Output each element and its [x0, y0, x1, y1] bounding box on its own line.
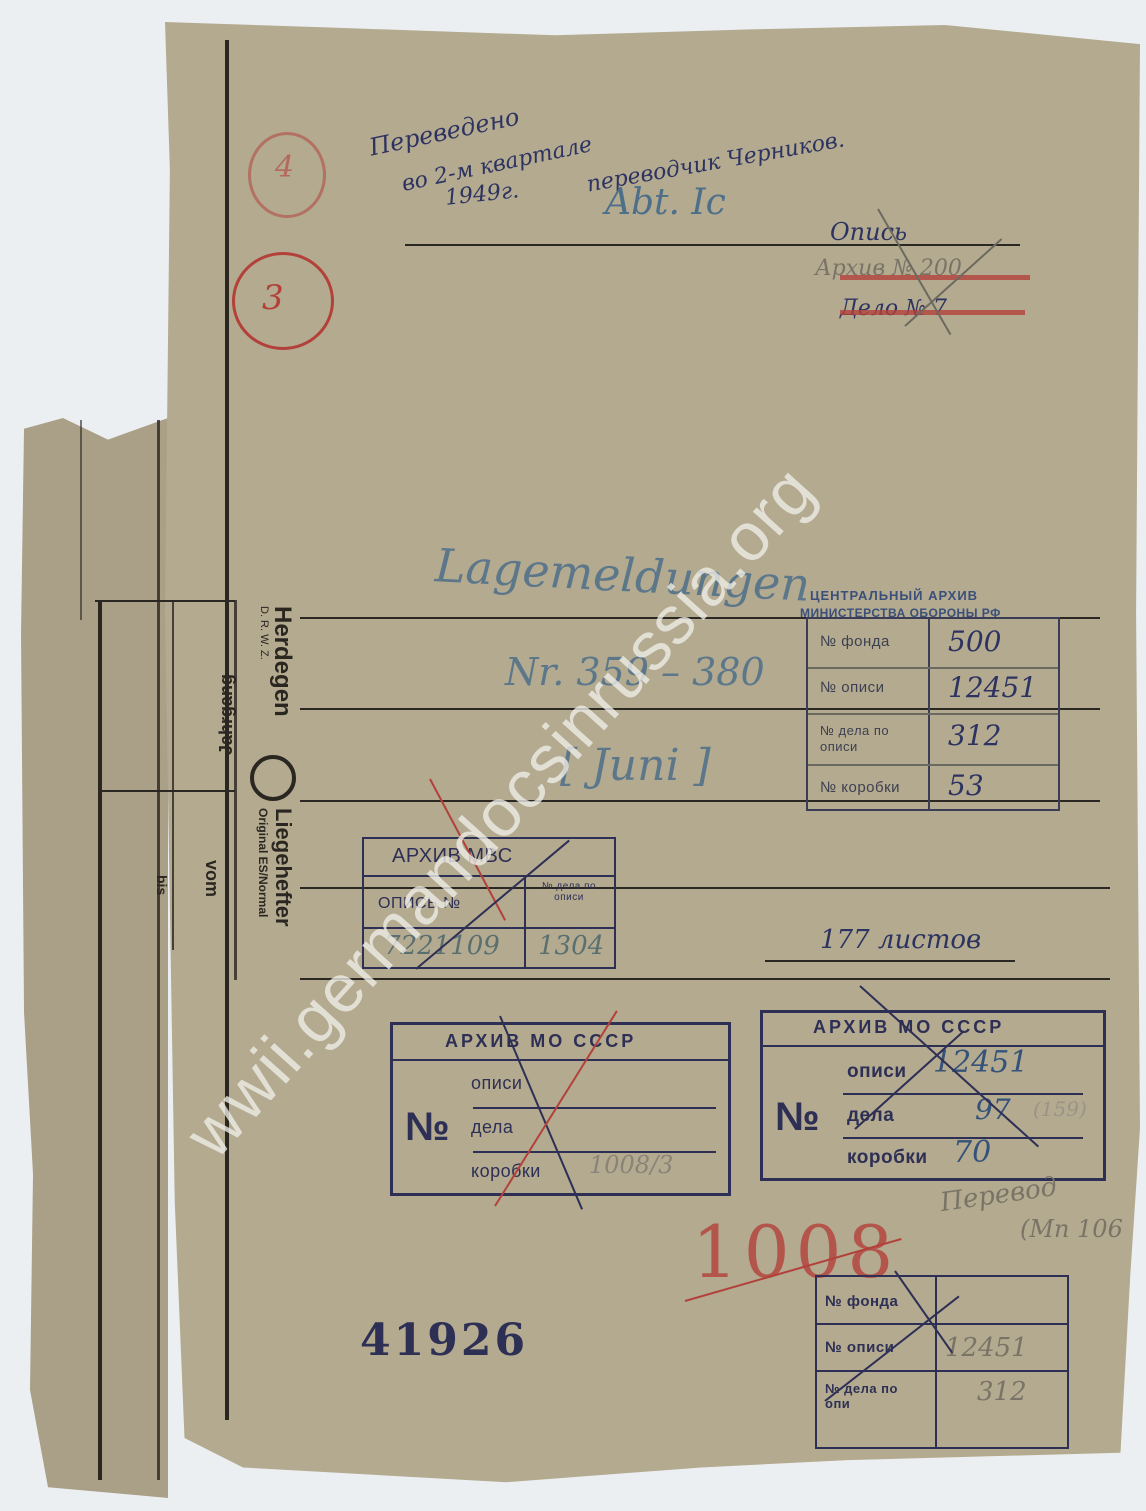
- delo-value: 312: [948, 719, 1001, 752]
- mo-left-delo-label: дела: [471, 1117, 513, 1138]
- central-archive-stamp: № фонда 500 № описи 12451 № дела по опис…: [806, 617, 1060, 811]
- red-strike-line: [840, 275, 1030, 280]
- spine-product-sub: Original ES/Normal: [256, 808, 270, 917]
- mo-left-opis-label: описи: [471, 1073, 522, 1094]
- mo-right-delo-value: 97: [975, 1093, 1011, 1126]
- spine-brand-sub: D. R. W. Z.: [258, 606, 270, 660]
- mo-left-title: АРХИВ МО СССР: [445, 1031, 636, 1052]
- flap-rule: [80, 420, 82, 620]
- bottom-opis-value: 12451: [945, 1333, 1028, 1363]
- spine-divider: [100, 790, 235, 792]
- ruled-line: [405, 244, 1020, 246]
- mo-left-box-label: коробки: [471, 1161, 541, 1182]
- spine-divider: [95, 600, 235, 602]
- box-label: № коробки: [820, 779, 900, 796]
- spine-field-bis: bis: [154, 875, 170, 895]
- mo-left-no: №: [405, 1105, 450, 1150]
- mo-right-pencil: (159): [1033, 1097, 1087, 1121]
- archive-mo-right-stamp: АРХИВ МО СССР № описи 12451 дела 97 коро…: [760, 1010, 1106, 1181]
- red-strike-line: [840, 310, 1025, 315]
- ruled-line: [765, 960, 1015, 962]
- spine-rule: [172, 600, 174, 950]
- spine-field-jahrgang: Jahrgang: [216, 674, 237, 755]
- mo-right-box-value: 70: [953, 1135, 991, 1170]
- circled-number-top: 4: [275, 150, 294, 185]
- bottom-delo-value: 312: [977, 1377, 1027, 1407]
- serial-number: 41926: [360, 1315, 528, 1366]
- flap-rule: [157, 420, 160, 1480]
- circled-number: 3: [262, 278, 284, 318]
- note-abt: Abt. Ic: [605, 182, 726, 223]
- bottom-fond-label: № фонда: [825, 1293, 898, 1310]
- mo-right-opis-label: описи: [847, 1061, 907, 1083]
- archive-mo-left-stamp: АРХИВ МО СССР № описи дела коробки 1008/…: [390, 1022, 731, 1196]
- mo-right-box-label: коробки: [847, 1147, 928, 1169]
- torn-side-flap: [18, 418, 168, 1498]
- opis-value: 12451: [948, 671, 1037, 704]
- spine-product: Liegehefter: [270, 808, 296, 927]
- delo-label: № дела по описи: [820, 723, 920, 755]
- spine-field-vom: vom: [201, 860, 222, 897]
- grey-note-line2: (Мп 106: [1020, 1215, 1123, 1243]
- bottom-delo-label: № дела по опи: [825, 1381, 925, 1411]
- mvs-delo-label: № дела по описи: [532, 881, 606, 903]
- spine-brand: Herdegen: [268, 606, 296, 717]
- ruled-line: [300, 978, 1110, 980]
- herdegen-logo-icon: [250, 755, 296, 801]
- fond-value: 500: [948, 625, 1001, 658]
- sheet-count: 177 листов: [820, 925, 981, 955]
- opis-label: № описи: [820, 679, 884, 696]
- central-archive-title1: ЦЕНТРАЛЬНЫЙ АРХИВ: [810, 588, 978, 603]
- bottom-fond-stamp: № фонда № описи 12451 № дела по опи 312: [815, 1275, 1069, 1449]
- flap-rule: [98, 600, 102, 1480]
- mo-left-pencil: 1008/3: [589, 1151, 673, 1179]
- box-value: 53: [948, 769, 984, 802]
- fond-label: № фонда: [820, 633, 890, 650]
- mo-right-no: №: [775, 1095, 820, 1140]
- mvs-delo-value: 1304: [538, 931, 604, 961]
